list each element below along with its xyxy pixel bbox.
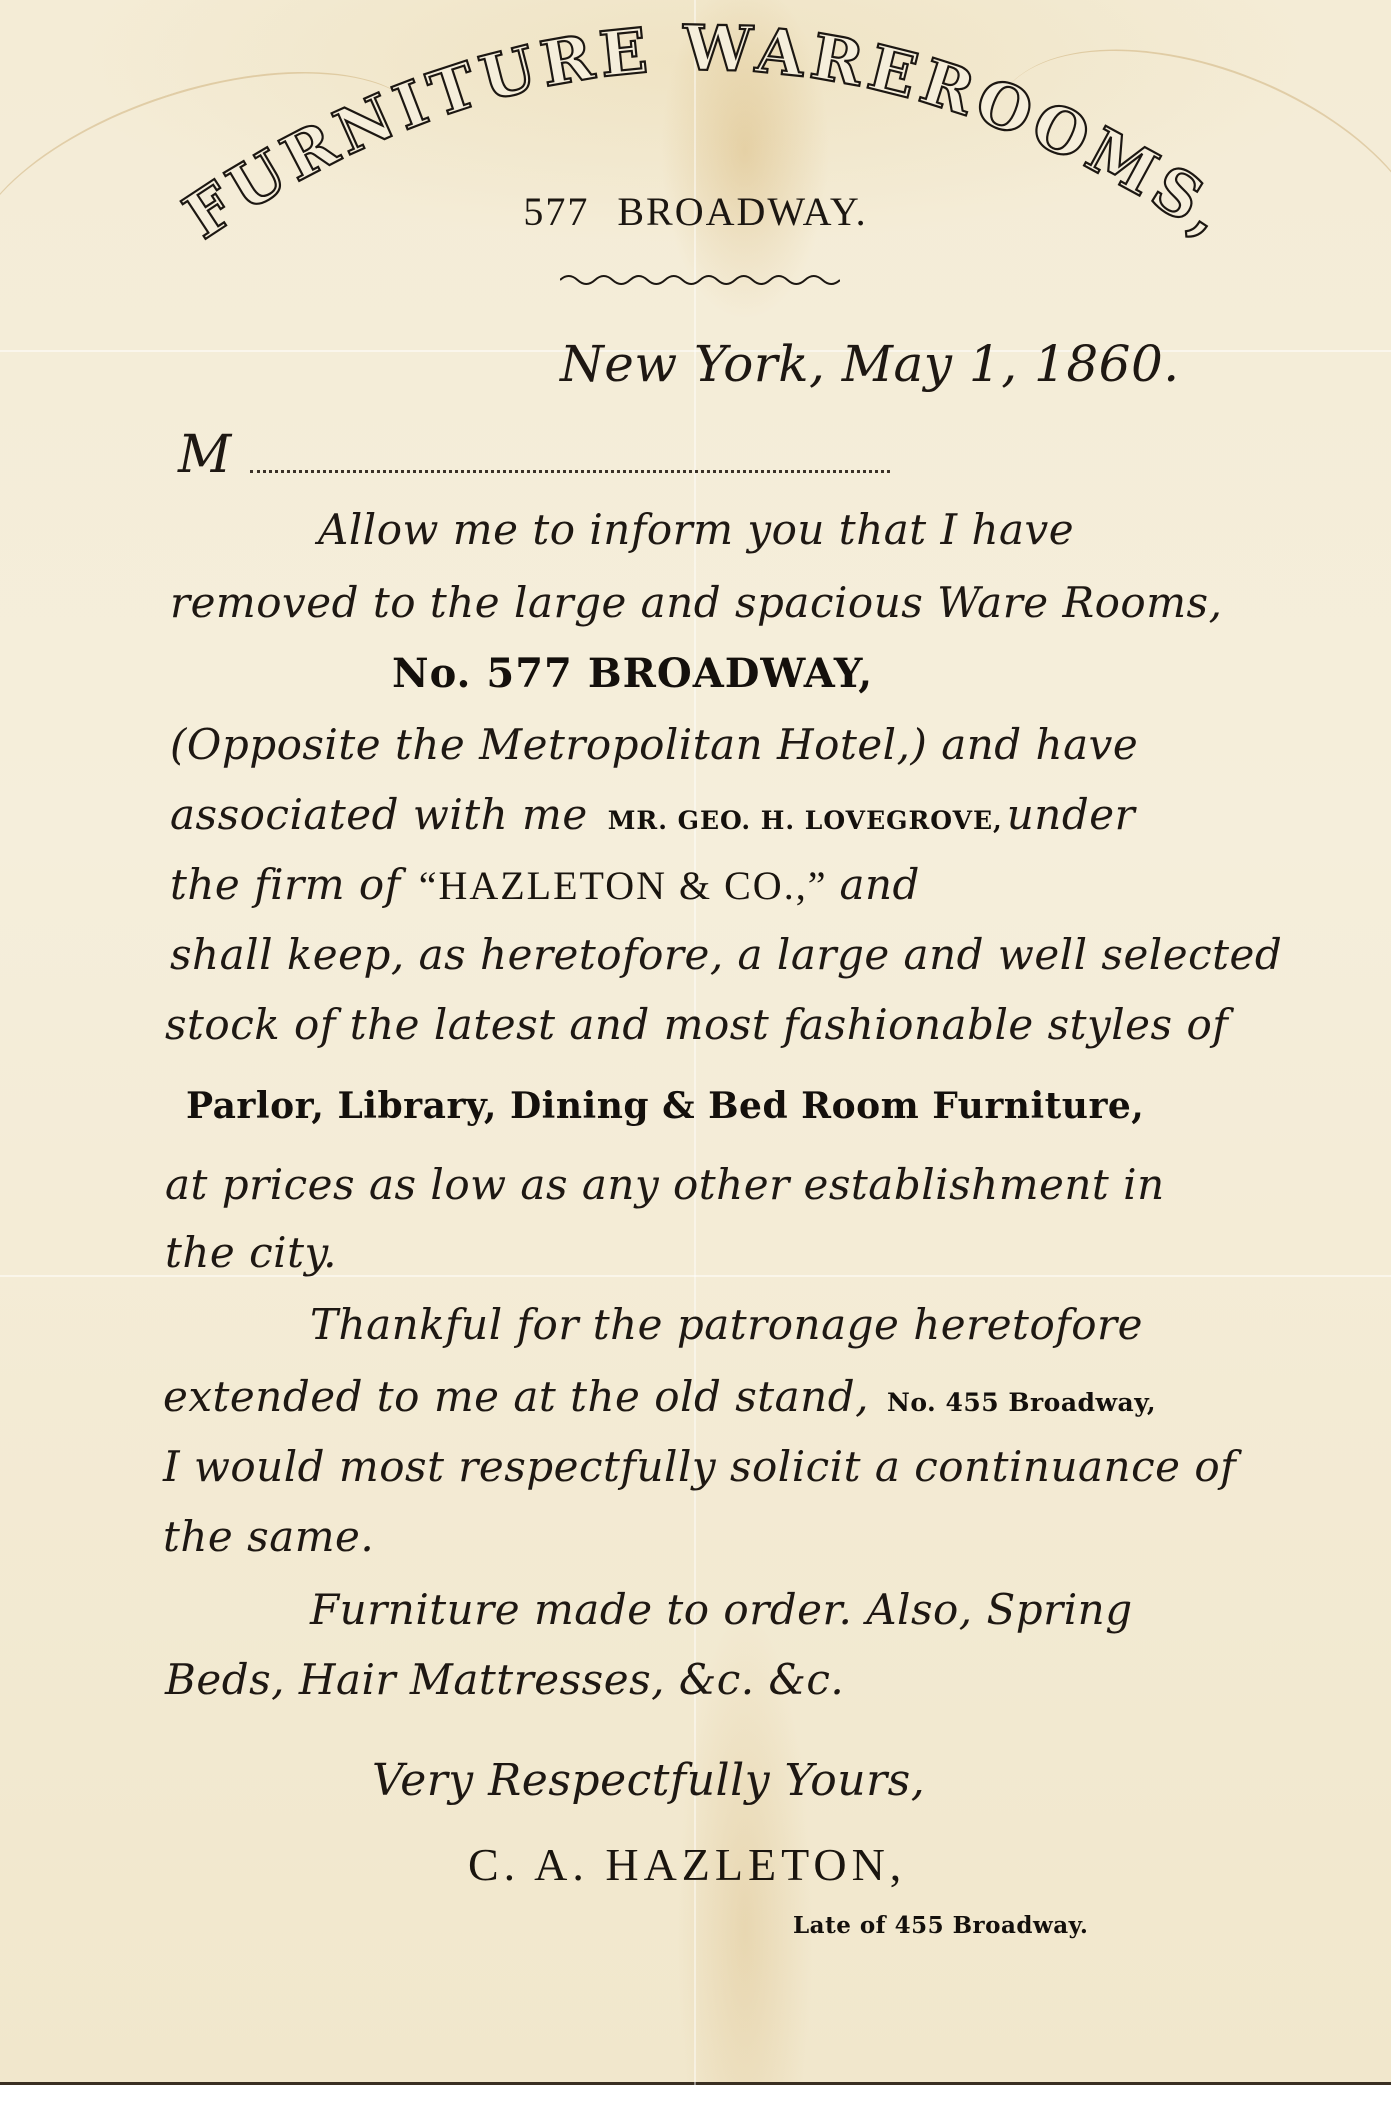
body-text: and xyxy=(839,860,919,909)
body-line: Allow me to inform you that I have xyxy=(318,505,1074,554)
letterhead-title: FURNITURE WAREROOMS, xyxy=(150,0,1250,290)
body-text: extended to me at the old stand, xyxy=(163,1372,869,1421)
body-text: under xyxy=(1007,790,1135,839)
address-street: BROADWAY. xyxy=(617,189,867,234)
body-line: removed to the large and spacious Ware R… xyxy=(170,578,1222,627)
old-address-bold: No. 455 Broadway, xyxy=(887,1388,1156,1417)
dateline: New York, May 1, 1860. xyxy=(560,335,1180,393)
body-line: Thankful for the patronage heretofore xyxy=(310,1300,1143,1349)
address-number: 577 xyxy=(523,189,589,234)
partner-name-bold: MR. GEO. H. LOVEGROVE, xyxy=(608,806,1003,835)
body-line: I would most respectfully solicit a cont… xyxy=(163,1442,1236,1491)
firm-name: “HAZLETON & CO.,” xyxy=(419,863,828,908)
letterhead-address: 577BROADWAY. xyxy=(0,188,1391,235)
body-line: (Opposite the Metropolitan Hotel,) and h… xyxy=(170,720,1138,769)
body-line: the same. xyxy=(163,1512,374,1561)
body-line: shall keep, as heretofore, a large and w… xyxy=(170,930,1282,979)
body-text: the firm of xyxy=(170,860,401,909)
valediction: Very Respectfully Yours, xyxy=(372,1755,925,1806)
letter-paper: FURNITURE WAREROOMS, 577BROADWAY. New Yo… xyxy=(0,0,1391,2085)
body-line-associated: associated with me MR. GEO. H. LOVEGROVE… xyxy=(170,790,1135,839)
signature-note: Late of 455 Broadway. xyxy=(793,1912,1088,1939)
body-line: stock of the latest and most fashionable… xyxy=(165,1000,1228,1049)
recipient-blank-line xyxy=(250,470,890,473)
salutation-prefix: M xyxy=(178,425,232,485)
furniture-types-bold: Parlor, Library, Dining & Bed Room Furni… xyxy=(186,1085,1144,1127)
body-line: Beds, Hair Mattresses, &c. &c. xyxy=(165,1655,844,1704)
body-text: associated with me xyxy=(170,790,588,839)
signature-name: C. A. HAZLETON, xyxy=(468,1838,906,1891)
body-line: the city. xyxy=(165,1228,337,1277)
new-address-bold: No. 577 BROADWAY, xyxy=(392,650,873,697)
body-line-old-stand: extended to me at the old stand, No. 455… xyxy=(163,1372,1156,1421)
body-line: at prices as low as any other establishm… xyxy=(165,1160,1165,1209)
body-line-firm: the firm of “HAZLETON & CO.,” and xyxy=(170,860,920,909)
body-line: Furniture made to order. Also, Spring xyxy=(310,1585,1133,1634)
wavy-rule-ornament xyxy=(560,272,840,288)
